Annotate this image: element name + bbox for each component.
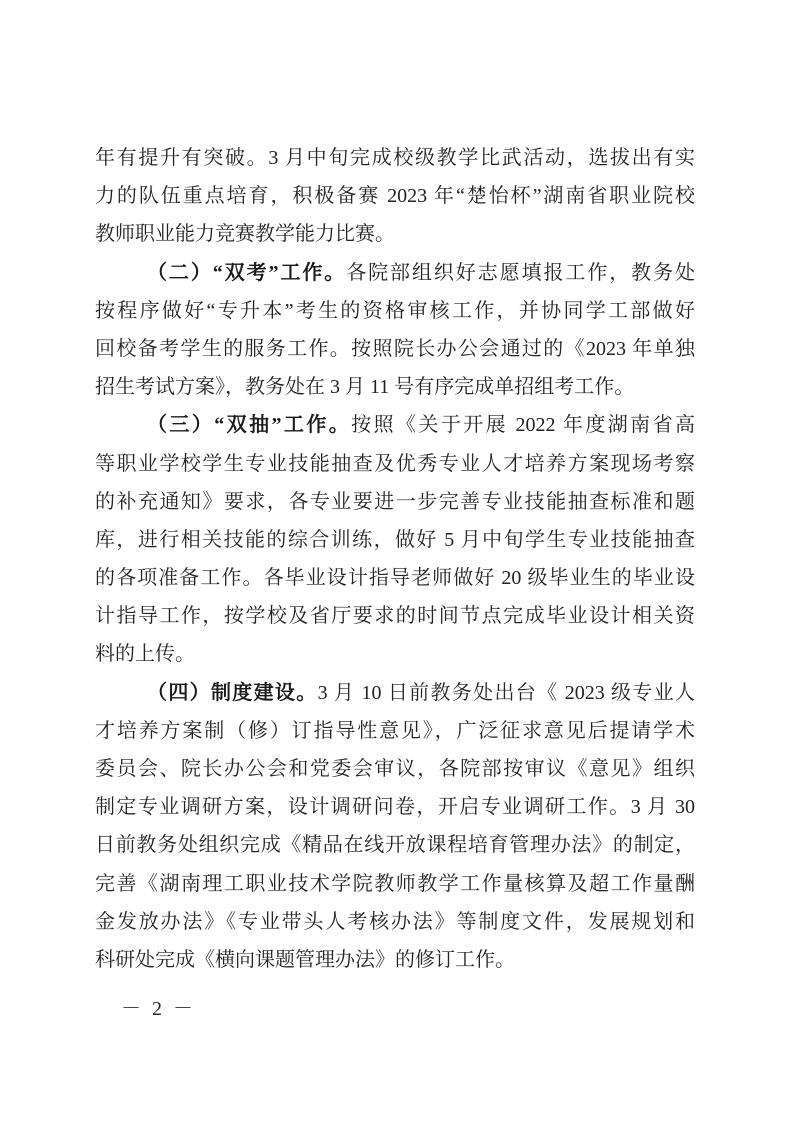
line-text: 按照《关于开展 2022 年度湖南省高 [351, 414, 695, 436]
body-line: 日前教务处组织完成《精品在线开放课程培育管理办法》的制定， [95, 826, 695, 864]
line-text: 科研处完成《横向课题管理办法》的修订工作。 [95, 949, 515, 971]
body-line: 回校备考学生的服务工作。按照院长办公会通过的《2023 年单独 [95, 330, 695, 368]
body-line: 金发放办法》《专业带头人考核办法》等制度文件，发展规划和 [95, 903, 695, 941]
body-line: 才培养方案制（修）订指导性意见》，广泛征求意见后提请学术 [95, 712, 695, 750]
line-text: 教师职业能力竞赛教学能力比赛。 [95, 223, 395, 245]
line-text: 等职业学校学生专业技能抽查及优秀专业人才培养方案现场考察 [95, 453, 695, 475]
body-line: 按程序做好“专升本”考生的资格审核工作，并协同学工部做好 [95, 292, 695, 330]
body-line: 等职业学校学生专业技能抽查及优秀专业人才培养方案现场考察 [95, 445, 695, 483]
body-line: （二）“双考”工作。各院部组织好志愿填报工作，教务处 [95, 254, 695, 292]
body-line: 完善《湖南理工职业技术学院教师教学工作量核算及超工作量酬 [95, 865, 695, 903]
line-text: 回校备考学生的服务工作。按照院长办公会通过的《2023 年单独 [95, 338, 695, 360]
line-text: 的各项准备工作。各毕业设计指导老师做好 20 级毕业生的毕业设 [95, 567, 695, 589]
body-line: 委员会、院长办公会和党委会审议，各院部按审议《意见》组织 [95, 750, 695, 788]
body-line: 力的队伍重点培育，积极备赛 2023 年“楚怡杯”湖南省职业院校 [95, 177, 695, 215]
paragraph-lead: （三）“双抽”工作。 [147, 414, 351, 436]
line-text: 招生考试方案》，教务处在 3 月 11 号有序完成单招组考工作。 [95, 376, 634, 398]
document-page: 年有提升有突破。3 月中旬完成校级教学比武活动，选拔出有实 力的队伍重点培育，积… [0, 0, 792, 1121]
body-line: （三）“双抽”工作。按照《关于开展 2022 年度湖南省高 [95, 406, 695, 444]
line-text: 金发放办法》《专业带头人考核办法》等制度文件，发展规划和 [95, 911, 695, 933]
body-line: 的各项准备工作。各毕业设计指导老师做好 20 级毕业生的毕业设 [95, 559, 695, 597]
line-text: 力的队伍重点培育，积极备赛 2023 年“楚怡杯”湖南省职业院校 [95, 185, 695, 207]
body-line: （四）制度建设。3 月 10 日前教务处出台《 2023 级专业人 [95, 674, 695, 712]
line-text: 3 月 10 日前教务处出台《 2023 级专业人 [318, 682, 695, 704]
body-line: 制定专业调研方案，设计调研问卷，开启专业调研工作。3 月 30 [95, 788, 695, 826]
line-text: 年有提升有突破。3 月中旬完成校级教学比武活动，选拔出有实 [95, 147, 695, 169]
document-body: 年有提升有突破。3 月中旬完成校级教学比武活动，选拔出有实 力的队伍重点培育，积… [95, 139, 695, 979]
body-line: 的补充通知》要求，各专业要进一步完善专业技能抽查标准和题 [95, 483, 695, 521]
body-line: 料的上传。 [95, 635, 695, 673]
line-text: 各院部组织好志愿填报工作，教务处 [346, 262, 695, 284]
line-text: 才培养方案制（修）订指导性意见》，广泛征求意见后提请学术 [95, 720, 695, 742]
line-text: 完善《湖南理工职业技术学院教师教学工作量核算及超工作量酬 [95, 873, 695, 895]
body-line: 招生考试方案》，教务处在 3 月 11 号有序完成单招组考工作。 [95, 368, 695, 406]
body-line: 年有提升有突破。3 月中旬完成校级教学比武活动，选拔出有实 [95, 139, 695, 177]
body-line: 库，进行相关技能的综合训练，做好 5 月中旬学生专业技能抽查 [95, 521, 695, 559]
line-text: 的补充通知》要求，各专业要进一步完善专业技能抽查标准和题 [95, 491, 695, 513]
body-line: 科研处完成《横向课题管理办法》的修订工作。 [95, 941, 695, 979]
paragraph-lead: （四）制度建设。 [147, 682, 318, 704]
line-text: 日前教务处组织完成《精品在线开放课程培育管理办法》的制定， [95, 834, 695, 856]
line-text: 库，进行相关技能的综合训练，做好 5 月中旬学生专业技能抽查 [95, 529, 695, 551]
line-text: 制定专业调研方案，设计调研问卷，开启专业调研工作。3 月 30 [95, 796, 695, 818]
paragraph-lead: （二）“双考”工作。 [147, 262, 346, 284]
line-text: 按程序做好“专升本”考生的资格审核工作，并协同学工部做好 [95, 300, 695, 322]
line-text: 委员会、院长办公会和党委会审议，各院部按审议《意见》组织 [95, 758, 695, 780]
body-line: 教师职业能力竞赛教学能力比赛。 [95, 215, 695, 253]
page-number: － 2 － [121, 992, 196, 1021]
line-text: 计指导工作，按学校及省厅要求的时间节点完成毕业设计相关资 [95, 605, 695, 627]
line-text: 料的上传。 [95, 643, 195, 665]
body-line: 计指导工作，按学校及省厅要求的时间节点完成毕业设计相关资 [95, 597, 695, 635]
